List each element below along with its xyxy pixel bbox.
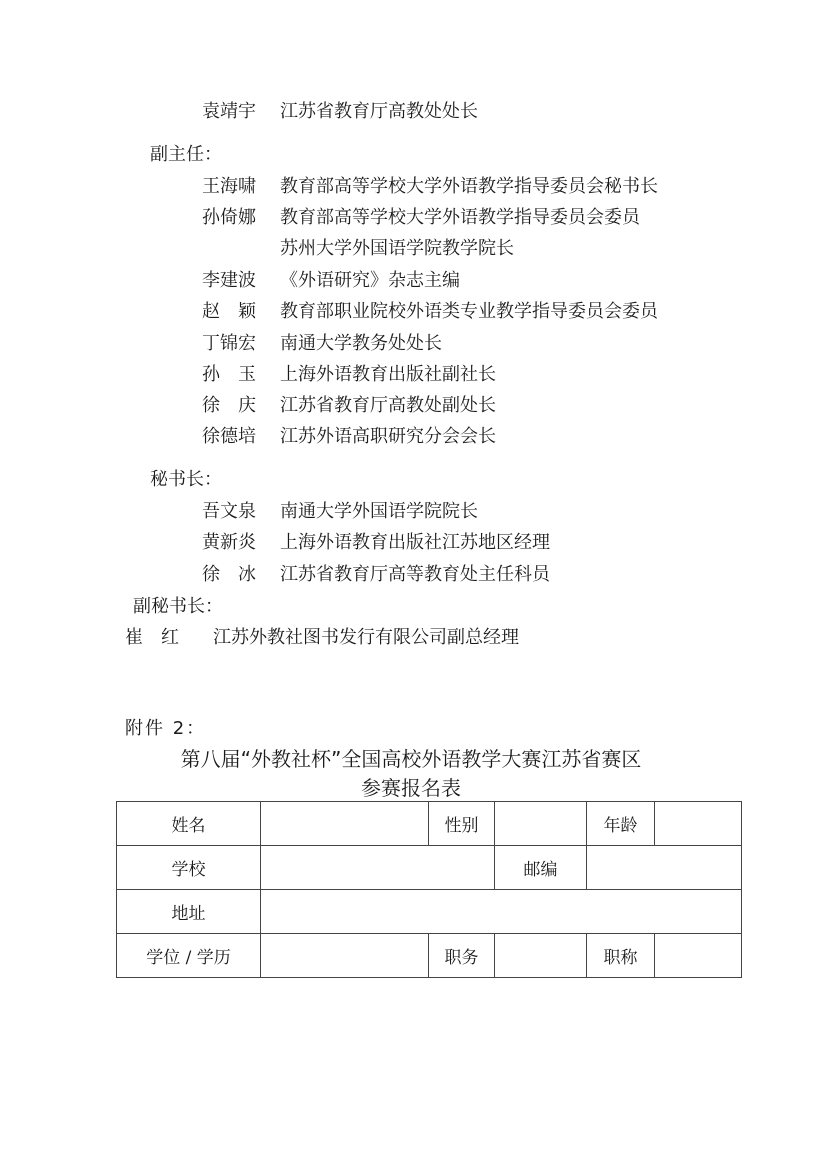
member-name: 崔 红	[125, 626, 205, 650]
member-title: 江苏省教育厅高教处处长	[280, 100, 478, 124]
postcode-field[interactable]	[587, 846, 742, 890]
member-name: 李建波	[202, 269, 266, 293]
member-name: 丁锦宏	[202, 332, 266, 356]
form-row-degree: 学位 / 学历 职务 职称	[117, 934, 742, 978]
member-title: 南通大学外国语学院院长	[280, 500, 478, 524]
member-title: 教育部职业院校外语类专业教学指导委员会委员	[280, 300, 658, 324]
member-title: 教育部高等学校大学外语教学指导委员会委员	[280, 206, 640, 230]
form-title-line1: 第八届“外教社杯”全国高校外语教学大赛江苏省赛区	[0, 746, 822, 772]
secretary-heading: 秘书长：	[150, 468, 222, 492]
member-name: 吾文泉	[202, 500, 266, 524]
member-title: 江苏省教育厅高等教育处主任科员	[280, 563, 550, 587]
vice-chair-heading: 副主任：	[150, 143, 222, 167]
age-label: 年龄	[587, 802, 655, 846]
member-title: 苏州大学外国语学院教学院长	[280, 237, 514, 261]
form-row-address: 地址	[117, 890, 742, 934]
member-name: 王海啸	[202, 175, 266, 199]
address-label: 地址	[117, 890, 261, 934]
attachment-label: 附件 2：	[125, 717, 206, 741]
member-title: 江苏省教育厅高教处副处长	[280, 394, 496, 418]
member-name: 赵 颖	[202, 300, 266, 324]
form-title-line2: 参赛报名表	[0, 775, 822, 801]
member-name: 徐德培	[202, 425, 266, 449]
degree-label: 学位 / 学历	[117, 934, 261, 978]
member-title: 江苏外语高职研究分会会长	[280, 425, 496, 449]
deputy-secretary-heading: 副秘书长：	[133, 595, 223, 619]
gender-label: 性别	[429, 802, 495, 846]
name-field[interactable]	[261, 802, 429, 846]
form-row-school: 学校 邮编	[117, 846, 742, 890]
school-label: 学校	[117, 846, 261, 890]
member-name: 黄新炎	[202, 531, 266, 555]
registration-form: 姓名 性别 年龄 学校 邮编 地址 学位 / 学历 职务 职称	[116, 801, 742, 978]
member-name: 徐 冰	[202, 563, 266, 587]
member-title: 《外语研究》杂志主编	[280, 269, 460, 293]
rank-field[interactable]	[655, 934, 742, 978]
rank-label: 职称	[587, 934, 655, 978]
member-name: 孙倚娜	[202, 206, 266, 230]
address-field[interactable]	[261, 890, 742, 934]
position-field[interactable]	[495, 934, 587, 978]
degree-field[interactable]	[261, 934, 429, 978]
member-name: 徐 庆	[202, 394, 266, 418]
member-title: 南通大学教务处处长	[280, 332, 442, 356]
school-field[interactable]	[261, 846, 495, 890]
name-label: 姓名	[117, 802, 261, 846]
position-label: 职务	[429, 934, 495, 978]
gender-field[interactable]	[495, 802, 587, 846]
member-title: 教育部高等学校大学外语教学指导委员会秘书长	[280, 175, 658, 199]
postcode-label: 邮编	[495, 846, 587, 890]
member-title: 江苏外教社图书发行有限公司副总经理	[213, 626, 519, 650]
member-name: 孙 玉	[202, 363, 266, 387]
age-field[interactable]	[655, 802, 742, 846]
member-title: 上海外语教育出版社江苏地区经理	[280, 531, 550, 555]
form-row-name: 姓名 性别 年龄	[117, 802, 742, 846]
member-name: 袁靖宇	[202, 100, 266, 124]
member-title: 上海外语教育出版社副社长	[280, 363, 496, 387]
